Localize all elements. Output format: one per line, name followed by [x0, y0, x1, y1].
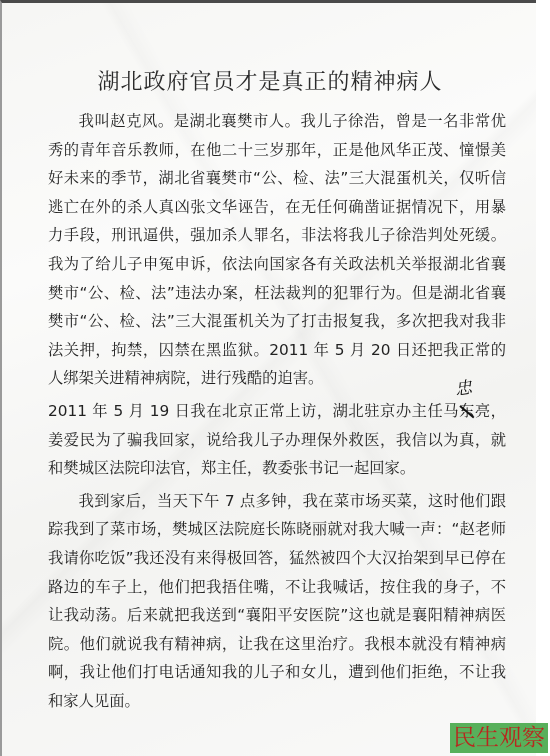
paragraph-2: 2011 年 5 月 19 日我在北京正常上访，湖北驻京办主任马东忠亮，姜爱民为…: [48, 397, 506, 483]
document-title: 湖北政府官员才是真正的精神病人: [2, 65, 538, 96]
paragraph-3: 我到家后，当天下午 7 点多钟，我在菜市场买菜，这时他们跟踪我到了菜市场，樊城区…: [48, 487, 506, 716]
letter-body: 我叫赵克风。是湖北襄樊市人。我儿子徐浩，曾是一名非常优秀的青年音乐教师，在他二十…: [48, 107, 506, 715]
watermark-logo: 民生观察: [450, 723, 548, 753]
paragraph-1: 我叫赵克风。是湖北襄樊市人。我儿子徐浩，曾是一名非常优秀的青年音乐教师，在他二十…: [48, 107, 506, 393]
scanned-letter-page: 湖北政府官员才是真正的精神病人 我叫赵克风。是湖北襄樊市人。我儿子徐浩，曾是一名…: [0, 0, 536, 756]
handwritten-correction: 东忠: [459, 397, 474, 426]
paragraph-2-text-before: 2011 年 5 月 19 日我在北京正常上访，湖北驻京办主任马: [48, 402, 459, 420]
